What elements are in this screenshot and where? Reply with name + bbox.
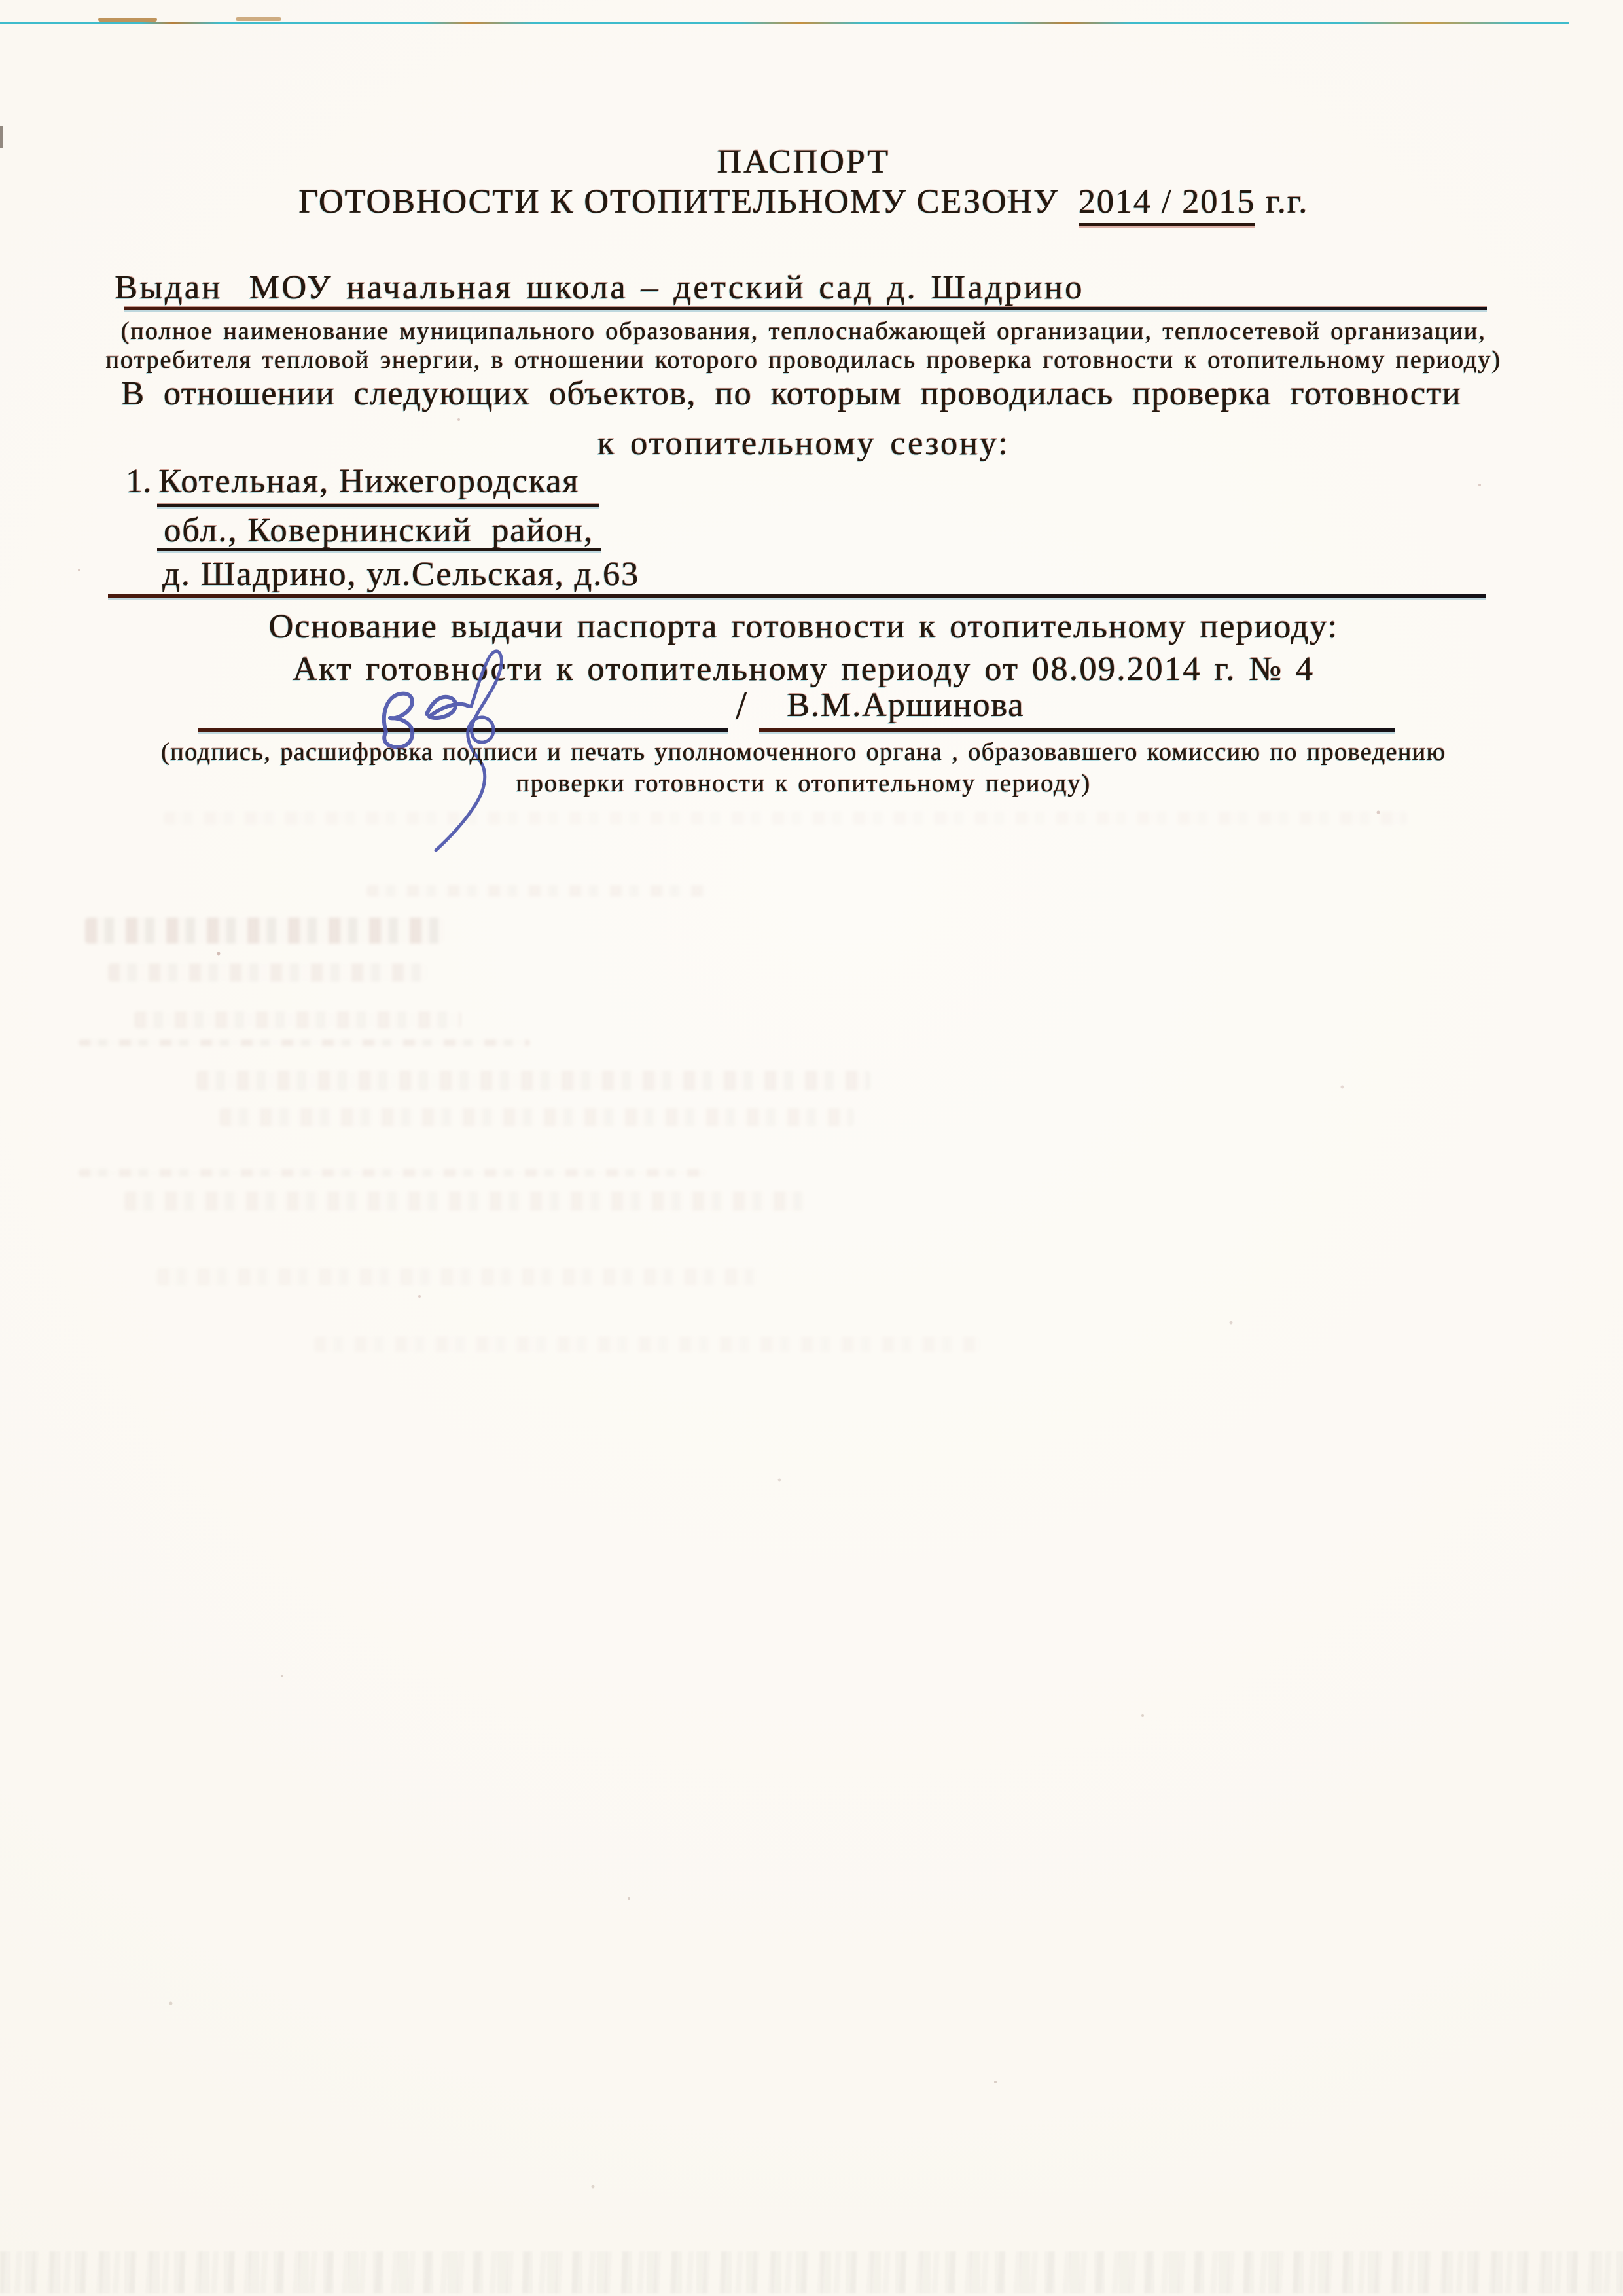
signature-note-line2: проверки готовности к отопительному пери…: [0, 771, 1607, 796]
object-item-underline2: [157, 548, 601, 551]
signature-note-line1: (подпись, расшифровка подписи и печать у…: [0, 740, 1607, 764]
bleedthrough-mark: [108, 963, 429, 982]
object-item-line1: Котельная, Нижегородская: [158, 465, 579, 499]
bleedthrough-mark: [196, 1071, 870, 1090]
signature-underline-right: [759, 728, 1395, 732]
object-item-line2: обл., Ковернинский район,: [164, 514, 594, 548]
title-line2-suffix: г.г.: [1266, 183, 1308, 221]
objects-intro-line2: к отопительному сезону:: [0, 427, 1607, 461]
issued-note-line1: (полное наименование муниципального обра…: [0, 319, 1607, 344]
basis-line1: Основание выдачи паспорта готовности к о…: [0, 610, 1607, 644]
object-item-underline1: [157, 504, 599, 507]
scanned-document-page: ПАСПОРТ ГОТОВНОСТИ К ОТОПИТЕЛЬНОМУ СЕЗОН…: [0, 0, 1623, 2296]
bleedthrough-mark: [164, 812, 1407, 825]
bleedthrough-mark: [314, 1336, 982, 1352]
objects-intro-line1: В отношении следующих объектов, по котор…: [121, 377, 1461, 411]
bleedthrough-mark: [219, 1108, 854, 1126]
object-item-number: 1.: [126, 465, 151, 499]
bleedthrough-mark: [79, 1039, 530, 1046]
issued-to-line: Выдан МОУ начальная школа – детский сад …: [115, 271, 1084, 305]
scanner-top-edge-artifact: [0, 22, 1569, 24]
document-title-line2: ГОТОВНОСТИ К ОТОПИТЕЛЬНОМУ СЕЗОНУ2014 / …: [0, 185, 1607, 219]
document-title-line1: ПАСПОРТ: [0, 145, 1607, 179]
object-item-underline3: [108, 594, 1486, 598]
bleedthrough-mark: [79, 1169, 707, 1177]
title-heating-season-years: 2014 / 2015: [1079, 183, 1255, 226]
bleedthrough-mark: [157, 1268, 759, 1285]
bleedthrough-mark: [134, 1011, 461, 1028]
signature-slash: /: [736, 686, 747, 725]
bleedthrough-mark: [124, 1191, 805, 1211]
scanner-edge-smudge: [236, 17, 281, 21]
issued-to-underline: [124, 307, 1487, 310]
issued-note-line2: потребителя тепловой энергии, в отношени…: [0, 348, 1607, 372]
title-line2-prefix: ГОТОВНОСТИ К ОТОПИТЕЛЬНОМУ СЕЗОНУ: [298, 183, 1059, 221]
bleedthrough-mark: [366, 885, 707, 897]
scanner-edge-smudge: [98, 18, 157, 22]
bleedthrough-mark: [85, 918, 445, 944]
scanner-bottom-edge-artifact: [0, 2251, 1623, 2293]
scan-dust-specks: [0, 0, 1, 1]
object-item-line3: д. Шадрино, ул.Сельская, д.63: [162, 558, 639, 592]
signatory-name: В.М.Аршинова: [787, 689, 1024, 723]
basis-line2: Акт готовности к отопительному периоду о…: [0, 653, 1607, 687]
scanner-left-edge-mark: [0, 126, 3, 148]
